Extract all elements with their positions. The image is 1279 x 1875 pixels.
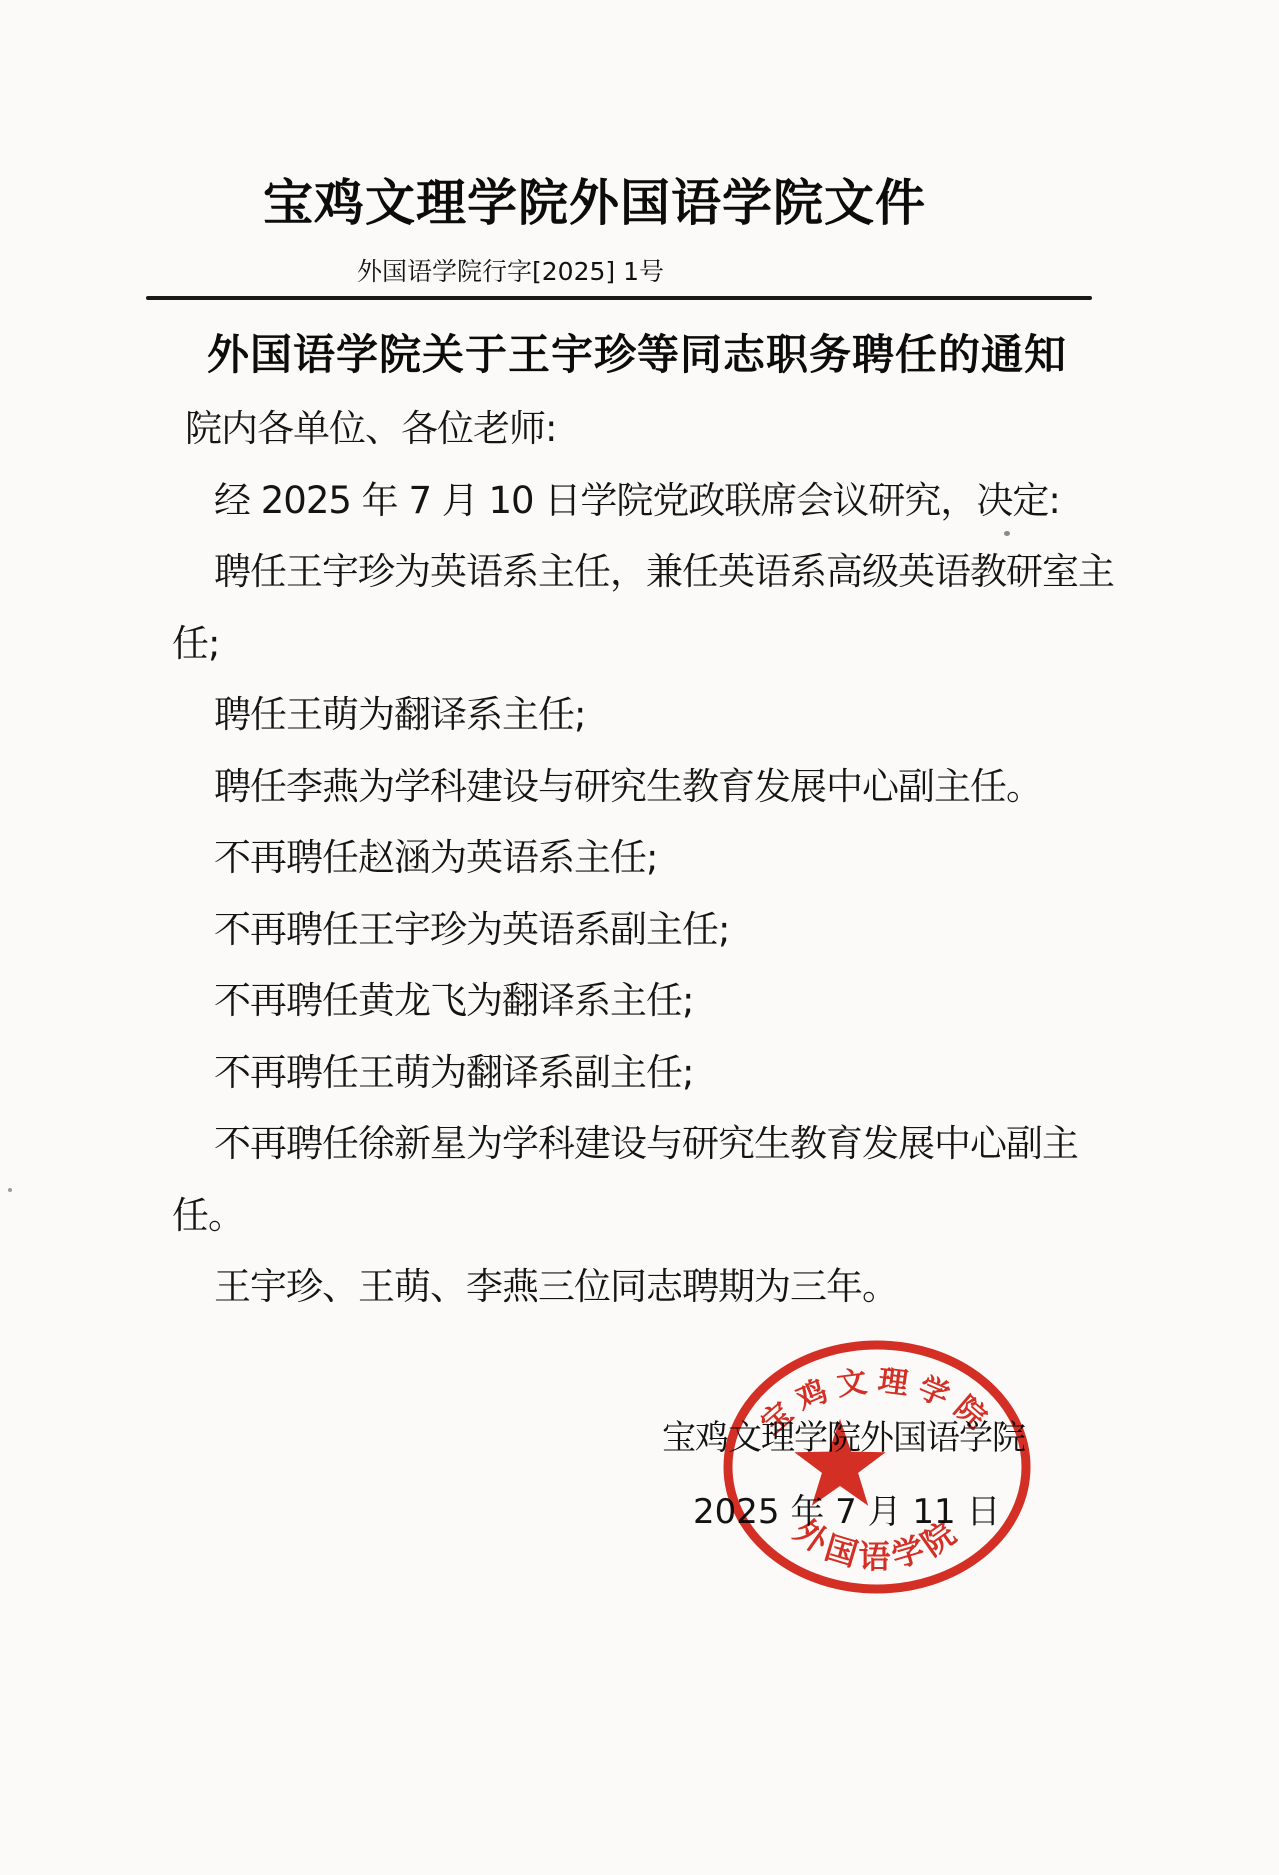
scan-speck — [8, 1188, 12, 1192]
body-text-line: 经 2025 年 7 月 10 日学院党政联席会议研究，决定: — [214, 465, 1132, 537]
official-red-seal: 宝鸡文理学院 外国语学院 — [710, 1328, 1044, 1608]
salutation-line: 院内各单位、各位老师: — [185, 393, 1132, 465]
body-text-line: 聘任李燕为学科建设与研究生教育发展中心副主任。 — [214, 751, 1132, 823]
red-star-icon — [794, 1419, 885, 1506]
document-masthead-title: 宝鸡文理学院外国语学院文件 — [263, 163, 926, 235]
document-number: 外国语学院行字[2025] 1号 — [357, 252, 664, 288]
header-divider-rule — [146, 296, 1092, 300]
notice-body: 院内各单位、各位老师: 经 2025 年 7 月 10 日学院党政联席会议研究，… — [172, 393, 1132, 1323]
seal-top-text: 宝鸡文理学院 — [754, 1363, 999, 1441]
svg-text:宝鸡文理学院: 宝鸡文理学院 — [754, 1363, 999, 1441]
body-text-line: 不再聘任王萌为翻译系副主任; — [214, 1037, 1132, 1109]
official-notice-page: 宝鸡文理学院外国语学院文件 外国语学院行字[2025] 1号 外国语学院关于王宇… — [0, 0, 1279, 1875]
body-text-line: 不再聘任赵涵为英语系主任; — [214, 822, 1132, 894]
body-text-line: 聘任王萌为翻译系主任; — [214, 679, 1132, 751]
body-text-line: 不再聘任王宇珍为英语系副主任; — [214, 894, 1132, 966]
svg-text:外国语学院: 外国语学院 — [787, 1511, 966, 1575]
body-text-line: 任; — [172, 608, 1132, 680]
body-text-line: 不再聘任黄龙飞为翻译系主任; — [214, 965, 1132, 1037]
body-text-line: 王宇珍、王萌、李燕三位同志聘期为三年。 — [214, 1251, 1132, 1323]
seal-bottom-text: 外国语学院 — [787, 1511, 966, 1575]
body-text-line: 聘任王宇珍为英语系主任，兼任英语系高级英语教研室主 — [214, 536, 1132, 608]
body-text-line: 任。 — [172, 1180, 1132, 1252]
scan-speck — [1004, 531, 1010, 536]
notice-subject-title: 外国语学院关于王宇珍等同志职务聘任的通知 — [207, 322, 1067, 382]
body-text-line: 不再聘任徐新星为学科建设与研究生教育发展中心副主 — [214, 1108, 1132, 1180]
